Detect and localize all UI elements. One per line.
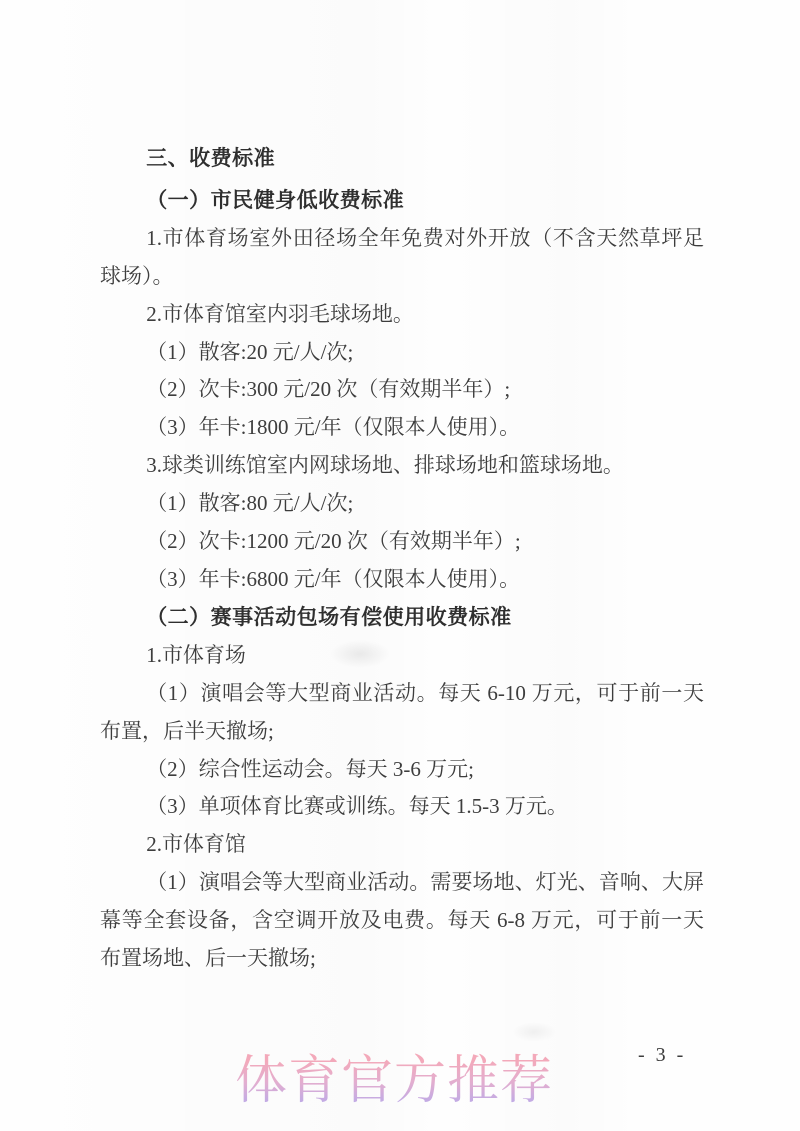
paragraph-gym-concert-fee: （1）演唱会等大型商业活动。需要场地、灯光、音响、大屏幕等全套设备，含空调开放及… bbox=[100, 864, 704, 978]
paragraph-ball-walkin-fee: （1）散客:80 元/人/次; bbox=[100, 485, 704, 523]
subsection-heading-event-rental-fee: （二）赛事活动包场有偿使用收费标准 bbox=[100, 599, 704, 637]
watermark-text: 体育官方推荐 bbox=[235, 1049, 553, 1114]
paragraph-badminton-walkin-fee: （1）散客:20 元/人/次; bbox=[100, 334, 704, 372]
paragraph-stadium-single-event-fee: （3）单项体育比赛或训练。每天 1.5-3 万元。 bbox=[100, 788, 704, 826]
section-heading: 三、收费标准 bbox=[100, 140, 704, 178]
paragraph-gym-badminton: 2.市体育馆室内羽毛球场地。 bbox=[100, 296, 704, 334]
paragraph-ball-annual-fee: （3）年卡:6800 元/年（仅限本人使用）。 bbox=[100, 561, 704, 599]
paragraph-city-gymnasium: 2.市体育馆 bbox=[100, 826, 704, 864]
document-body: 三、收费标准 （一）市民健身低收费标准 1.市体育场室外田径场全年免费对外开放（… bbox=[100, 140, 704, 978]
paragraph-ball-punchcard-fee: （2）次卡:1200 元/20 次（有效期半年）; bbox=[100, 523, 704, 561]
subsection-heading-fitness-low-fee: （一）市民健身低收费标准 bbox=[100, 182, 704, 220]
paragraph-ball-training-hall: 3.球类训练馆室内网球场地、排球场地和篮球场地。 bbox=[100, 447, 704, 485]
paragraph-stadium-games-fee: （2）综合性运动会。每天 3-6 万元; bbox=[100, 751, 704, 789]
document-page: 三、收费标准 （一）市民健身低收费标准 1.市体育场室外田径场全年免费对外开放（… bbox=[0, 0, 800, 1131]
page-number: - 3 - bbox=[638, 1044, 686, 1067]
paragraph-city-stadium: 1.市体育场 bbox=[100, 637, 704, 675]
paragraph-stadium-track-free: 1.市体育场室外田径场全年免费对外开放（不含天然草坪足球场）。 bbox=[100, 220, 704, 296]
paragraph-badminton-punchcard-fee: （2）次卡:300 元/20 次（有效期半年）; bbox=[100, 371, 704, 409]
paragraph-stadium-concert-fee: （1）演唱会等大型商业活动。每天 6-10 万元，可于前一天布置，后半天撤场; bbox=[100, 675, 704, 751]
scan-artifact bbox=[512, 1022, 556, 1042]
paragraph-badminton-annual-fee: （3）年卡:1800 元/年（仅限本人使用）。 bbox=[100, 409, 704, 447]
